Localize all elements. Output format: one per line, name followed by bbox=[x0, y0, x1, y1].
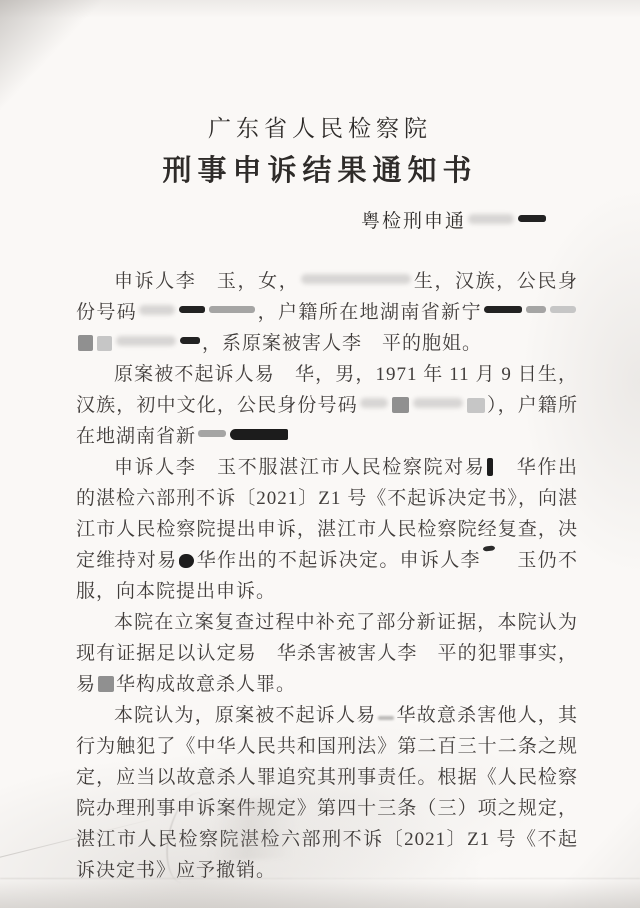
redaction-mark bbox=[230, 429, 288, 440]
redaction-mark bbox=[467, 398, 485, 413]
redaction-mark bbox=[97, 336, 112, 351]
redaction-mark bbox=[487, 458, 493, 476]
paragraph: 本院在立案复查过程中补充了部分新证据，本院认为现有证据足以认定易 华杀害被害人李… bbox=[76, 607, 578, 700]
redaction-mark bbox=[179, 554, 194, 568]
redaction-mark bbox=[209, 306, 255, 313]
redaction-mark bbox=[378, 716, 394, 720]
redaction-mark bbox=[550, 306, 576, 313]
document-number-prefix: 粤检刑申通 bbox=[361, 211, 466, 232]
redaction-mark bbox=[392, 397, 409, 413]
document-header: 广东省人民检察院 刑事申诉结果通知书 粤检刑申通 bbox=[0, 0, 640, 233]
redaction-mark bbox=[413, 398, 463, 408]
redaction-mark bbox=[360, 398, 388, 408]
redaction-mark bbox=[484, 306, 522, 313]
paragraph: 本院认为，原案被不起诉人易华故意杀害他人，其行为触犯了《中华人民共和国刑法》第二… bbox=[76, 700, 578, 886]
scanned-document-photo: 广东省人民检察院 刑事申诉结果通知书 粤检刑申通 申诉人李 玉，女，生，汉族，公… bbox=[0, 0, 640, 908]
paragraph: 申诉人李 玉，女，生，汉族，公民身份号码，户籍所在地湖南省新宁，系原案被害人李 … bbox=[76, 266, 578, 359]
redaction-mark bbox=[180, 337, 200, 344]
redaction-mark bbox=[301, 274, 411, 284]
issuing-institution: 广东省人民检察院 bbox=[0, 0, 640, 143]
paragraph: 原案被不起诉人易 华，男，1971 年 11 月 9 日生，汉族，初中文化，公民… bbox=[76, 359, 578, 452]
redaction-mark bbox=[483, 545, 495, 551]
redaction-mark bbox=[139, 305, 175, 315]
document-body: 申诉人李 玉，女，生，汉族，公民身份号码，户籍所在地湖南省新宁，系原案被害人李 … bbox=[0, 266, 640, 886]
redaction-mark bbox=[518, 215, 546, 222]
redaction-mark bbox=[526, 306, 546, 313]
document-title: 刑事申诉结果通知书 bbox=[0, 143, 640, 189]
redaction-mark bbox=[98, 676, 114, 692]
redaction-mark bbox=[78, 335, 93, 351]
document-number-redactions bbox=[466, 211, 548, 232]
paragraph: 申诉人李 玉不服湛江市人民检察院对易 华作出的湛检六部刑不诉〔2021〕Z1 号… bbox=[76, 452, 578, 607]
redaction-mark bbox=[179, 306, 205, 313]
redaction-mark bbox=[468, 214, 514, 224]
document-number-line: 粤检刑申通 bbox=[0, 206, 640, 233]
redaction-mark bbox=[116, 336, 176, 346]
redaction-mark bbox=[198, 430, 226, 437]
